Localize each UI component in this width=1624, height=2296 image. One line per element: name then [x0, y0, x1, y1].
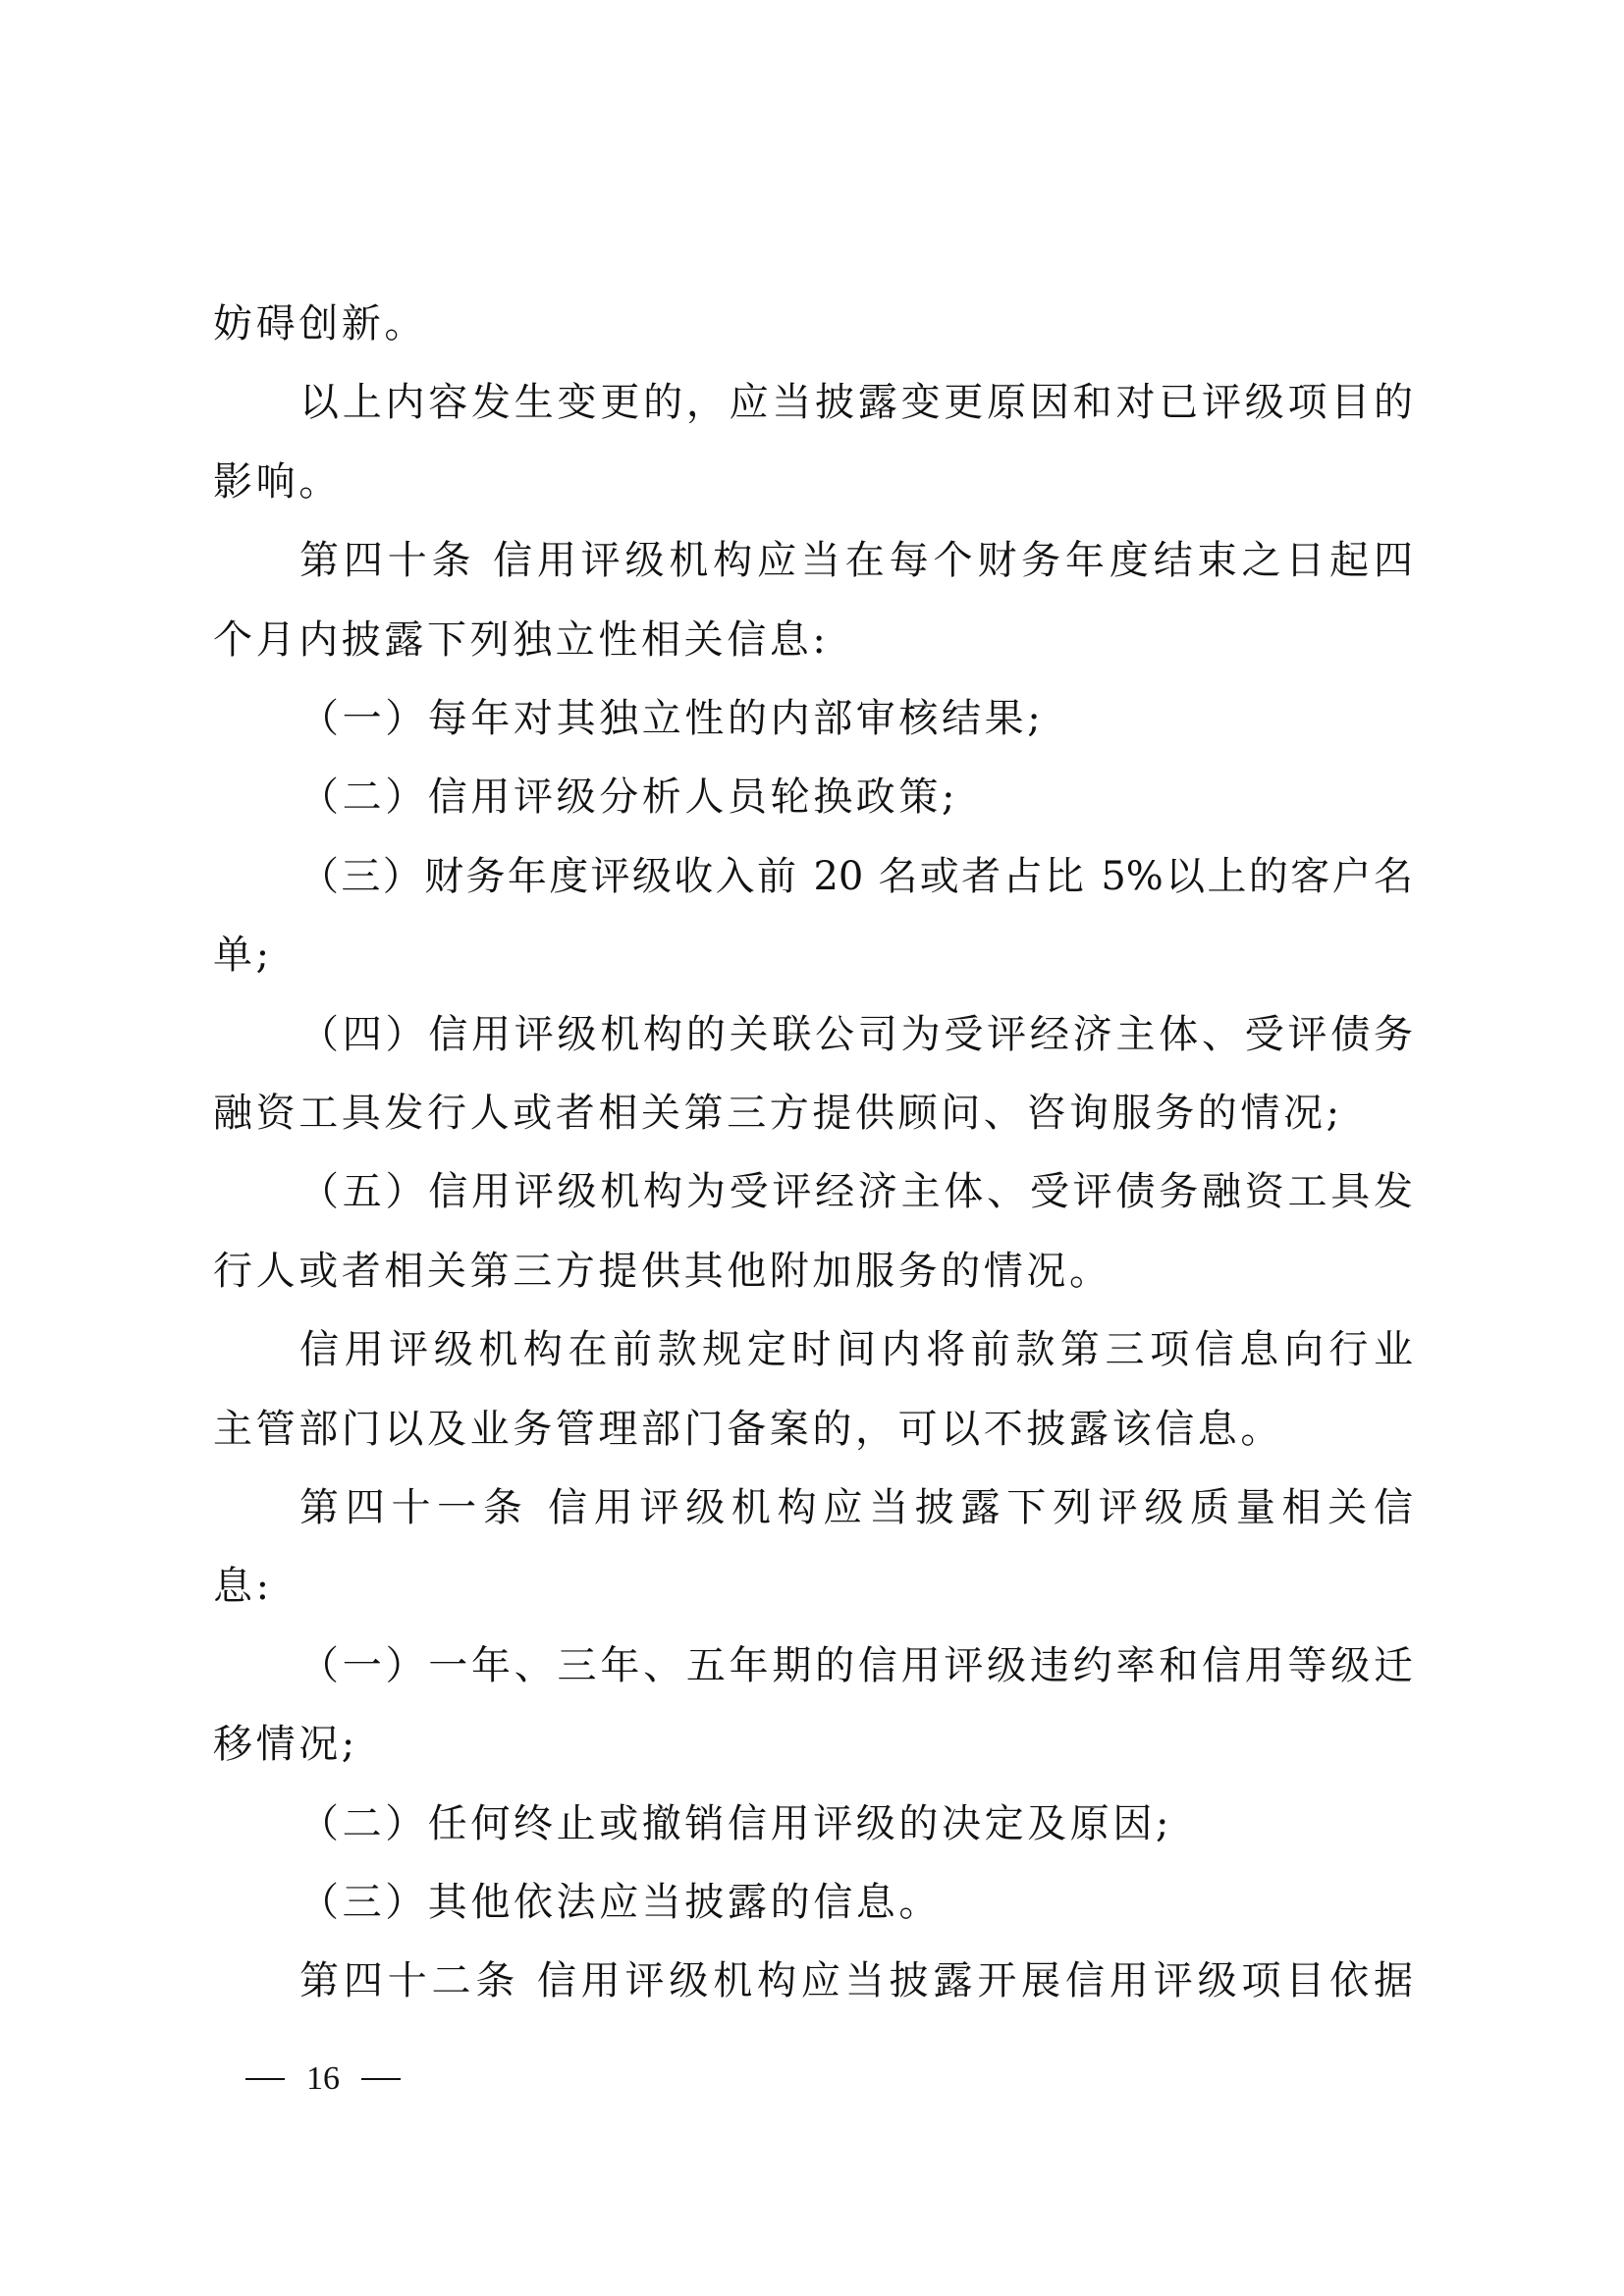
list-item-line: （五）信用评级机构为受评经济主体、受评债务融资工具发 — [299, 1168, 1413, 1215]
article-41-heading-line: 第四十一条 信用评级机构应当披露下列评级质量相关信 — [299, 1484, 1413, 1531]
text-line: 以上内容发生变更的，应当披露变更原因和对已评级项目的 — [299, 379, 1413, 426]
text-line: 融资工具发行人或者相关第三方提供顾问、咨询服务的情况; — [213, 1090, 1413, 1137]
text-line: 个月内披露下列独立性相关信息: — [213, 616, 1413, 664]
text-line: 主管部门以及业务管理部门备案的，可以不披露该信息。 — [213, 1406, 1413, 1453]
document-page: 妨碍创新。 以上内容发生变更的，应当披露变更原因和对已评级项目的 影响。 第四十… — [0, 0, 1624, 2296]
list-item-line: （一）每年对其独立性的内部审核结果; — [299, 695, 1413, 742]
list-item-line: （一）一年、三年、五年期的信用评级违约率和信用等级迁 — [299, 1642, 1413, 1689]
text-line: 息: — [213, 1563, 1413, 1610]
text-line: 妨碍创新。 — [213, 300, 1413, 347]
list-item-line: （三）其他依法应当披露的信息。 — [299, 1879, 1413, 1926]
dash-right — [361, 2078, 401, 2080]
list-item-line: （二）任何终止或撤销信用评级的决定及原因; — [299, 1800, 1413, 1847]
dash-left — [245, 2078, 285, 2080]
page-number-footer: 16 — [245, 2059, 401, 2099]
article-40-heading-line: 第四十条 信用评级机构应当在每个财务年度结束之日起四 — [299, 537, 1413, 584]
list-item-line: （三）财务年度评级收入前 20 名或者占比 5%以上的客户名 — [299, 853, 1413, 900]
list-item-line: （四）信用评级机构的关联公司为受评经济主体、受评债务 — [299, 1011, 1413, 1058]
text-line: 单; — [213, 932, 1413, 979]
text-line: 行人或者相关第三方提供其他附加服务的情况。 — [213, 1248, 1413, 1295]
list-item-line: （二）信用评级分析人员轮换政策; — [299, 774, 1413, 821]
text-line: 影响。 — [213, 458, 1413, 506]
text-line: 移情况; — [213, 1721, 1413, 1768]
text-line: 信用评级机构在前款规定时间内将前款第三项信息向行业 — [299, 1326, 1413, 1373]
article-42-heading-line: 第四十二条 信用评级机构应当披露开展信用评级项目依据 — [299, 1957, 1413, 2004]
page-number: 16 — [306, 2060, 340, 2098]
